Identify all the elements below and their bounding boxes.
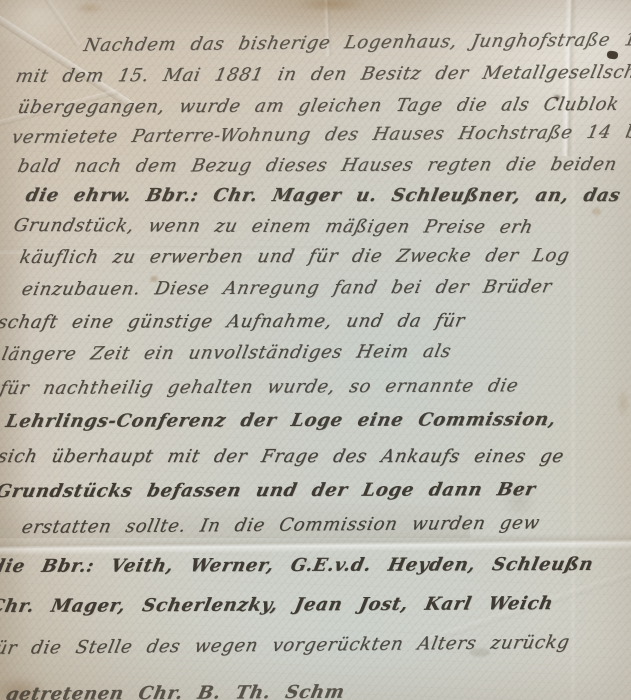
- edge-vignette: [0, 0, 631, 700]
- photo-of-manuscript: Nachdem das bisherige Logenhaus, Junghof…: [0, 0, 631, 700]
